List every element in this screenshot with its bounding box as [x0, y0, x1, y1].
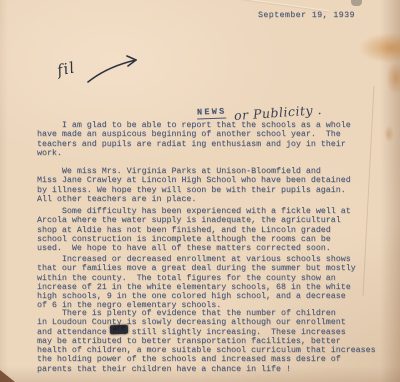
document-page: September 19, 1939 fil NEWSor Publicity …	[0, 0, 400, 382]
handwritten-publicity-note: or Publicity .	[234, 102, 323, 123]
date-line: September 19, 1939	[258, 11, 355, 20]
paper-crease-top	[211, 0, 330, 11]
paragraph-2: We miss Mrs. Virginia Parks at Unison-Bl…	[37, 167, 377, 204]
paragraph-3: Some difficulty has been experienced wit…	[37, 207, 377, 253]
news-heading: NEWS	[197, 106, 227, 119]
handwritten-arrow-icon	[84, 52, 154, 92]
overtype-ink-smudge: are	[110, 325, 128, 335]
bottom-left-corner-shadow	[0, 370, 15, 382]
paragraph-4: Increased or decreased enrollment at var…	[37, 255, 377, 311]
paragraph-1: I am glad to be able to report that the …	[37, 121, 377, 158]
heading-row: NEWSor Publicity .	[197, 101, 322, 120]
top-edge-smudge	[351, 0, 362, 6]
handwritten-filing-note: fil	[55, 58, 77, 79]
paragraph-5: There is plenty of evidence that the num…	[37, 309, 377, 374]
overtype-correction-text: are	[113, 325, 126, 333]
